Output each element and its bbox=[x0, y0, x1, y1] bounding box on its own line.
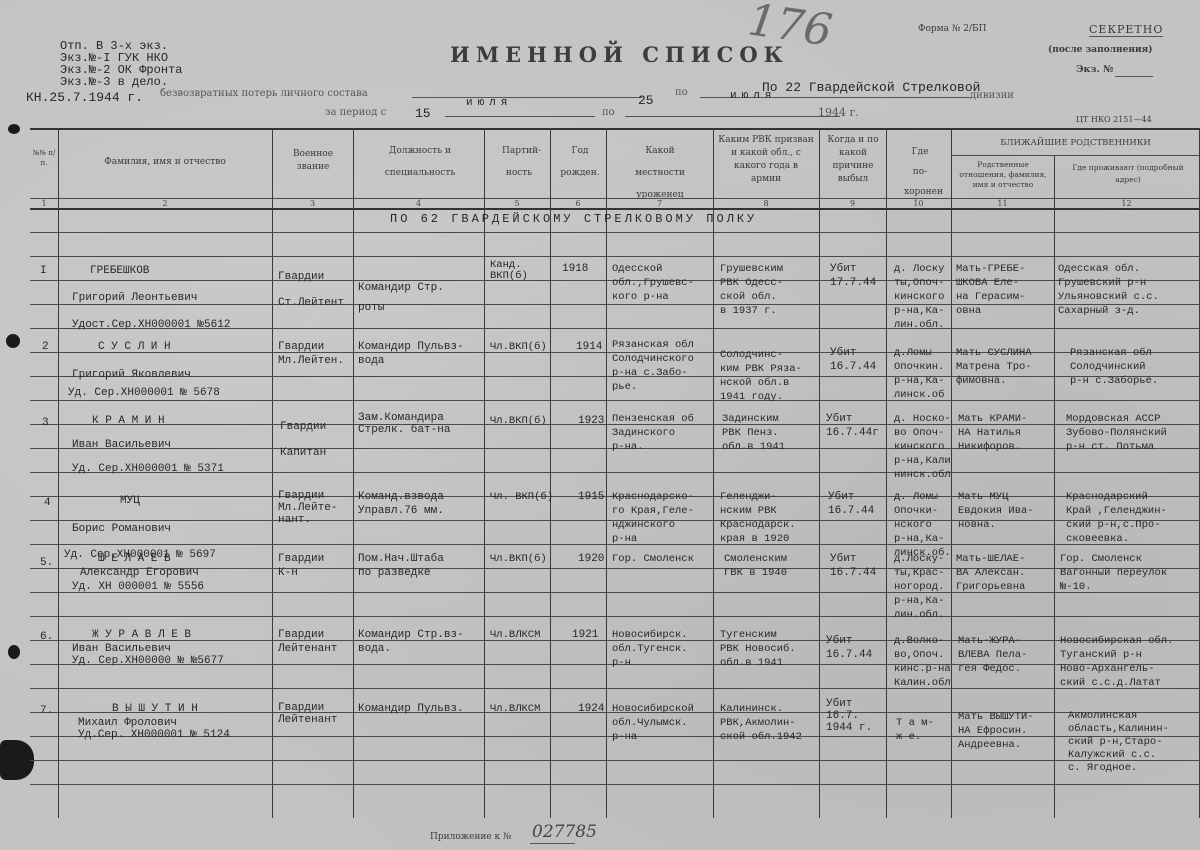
surname: С У С Л И Н bbox=[98, 340, 171, 354]
id-document: Уд. Сер.ХН000001 № 5678 bbox=[68, 386, 220, 400]
position: Командир Пульвз. bbox=[358, 702, 464, 716]
position: Зам.Командира Стрелк. бат-на bbox=[358, 412, 450, 436]
birthplace: Новосибирск. обл.Тугенск. р-н bbox=[612, 628, 688, 670]
secrecy-note: (после заполнения) bbox=[1048, 45, 1153, 55]
rank: Гвардии Лейтенант bbox=[278, 628, 337, 656]
birthplace: Одесской обл.,Грушевс- кого р-на bbox=[612, 262, 694, 304]
position: Командир Пульвз- вода bbox=[358, 340, 464, 368]
id-document: Уд. Сер.ХН00000 № №5677 bbox=[72, 654, 224, 668]
position: Командир Стр. роты bbox=[358, 278, 444, 318]
col-number: 5 bbox=[484, 199, 550, 208]
party: Чл.ВЛКСМ bbox=[490, 702, 540, 716]
position: Команд.взвода Управл.76 мм. bbox=[358, 490, 444, 518]
relative-address: Мордовская АССР Зубово-Полянский р-н ст.… bbox=[1066, 412, 1167, 454]
surname: К Р А М И Н bbox=[92, 414, 165, 428]
loss-date-reason: Убит 16.7.44 bbox=[828, 490, 874, 518]
conscription: Геленджи- нским РВК Краснодарск. края в … bbox=[720, 490, 796, 546]
col-header-address: Где проживают (подробный адрес) bbox=[1066, 162, 1190, 186]
birth-year: 1921 bbox=[572, 628, 598, 642]
burial-place: д.Ломы Опочкин. р-на,Ка- линск.об bbox=[894, 346, 944, 402]
period-from-day: 15 bbox=[415, 106, 431, 121]
surname: МУЦ bbox=[120, 494, 140, 508]
id-document: Уд. Сер.ХН000001 № 5371 bbox=[72, 462, 224, 476]
attachment-number-line bbox=[530, 843, 575, 844]
punch-hole-icon bbox=[6, 334, 20, 348]
col-number: 2 bbox=[58, 199, 272, 208]
id-document: Удост.Сер.ХН000001 №5612 bbox=[72, 318, 230, 332]
row-number: 3 bbox=[42, 416, 49, 430]
row-number: 2 bbox=[42, 340, 49, 354]
rank: Гвардии К-н bbox=[278, 552, 324, 580]
relative-address: Новосибирская обл. Туганский р-н Ново-Ар… bbox=[1060, 634, 1173, 690]
col-header-birth-year: Год рожден. bbox=[560, 140, 600, 184]
punch-hole-icon bbox=[8, 645, 20, 659]
loss-table: №№ п/п. Фамилия, имя и отчество Военное … bbox=[30, 128, 1200, 828]
loss-date-reason: Убит 16.7.44 bbox=[830, 552, 876, 580]
surname: Ш Е Л А Е В bbox=[98, 552, 171, 566]
form-number: Форма № 2/БП bbox=[918, 24, 986, 34]
birth-year: 1914 bbox=[576, 340, 602, 354]
burial-place: д.Лоску- ты,Крас- ногород. р-на,Ка- лин.… bbox=[894, 552, 944, 622]
document-title: ИМЕННОЙ СПИСОК bbox=[450, 42, 789, 67]
col-header-when: Когда и по какой причине выбыл bbox=[824, 134, 882, 186]
conscription: Грушевским РВК Одесс- ской обл. в 1937 г… bbox=[720, 262, 783, 318]
col-header-birthplace: Какой местности уроженец bbox=[620, 140, 700, 206]
id-document: Уд.Сер. ХН000001 № 5124 bbox=[78, 728, 230, 742]
dispatch-note: Отп. В 3-х экз. Экз.№-I ГУК НКО Экз.№-2 … bbox=[60, 40, 182, 88]
birth-year: 1924 bbox=[578, 702, 604, 716]
document-page: Отп. В 3-х экз. Экз.№-I ГУК НКО Экз.№-2 … bbox=[0, 0, 1200, 850]
loss-date-reason: Убит 16.7. 1944 г. bbox=[826, 698, 872, 734]
relative-address: Акмолинская область,Калинин- ский р-н,Ст… bbox=[1068, 710, 1169, 775]
unit-suffix: дивизии bbox=[970, 90, 1014, 101]
dispatch-line: Экз.№-3 в дело. bbox=[60, 76, 182, 88]
relative-address: Краснодарский Край ,Геленджин- ский р-н,… bbox=[1066, 490, 1167, 546]
col-number: 12 bbox=[1054, 199, 1199, 208]
row-number: I bbox=[40, 264, 47, 278]
loss-date-reason: Убит 16.7.44г bbox=[826, 412, 879, 440]
period-from-month: июля bbox=[466, 97, 512, 109]
col-header-relation: Родственные отношения, фамилия, имя и от… bbox=[955, 160, 1051, 190]
burial-place: д. Ломы Опочки- нского р-на,Ка- линск.об… bbox=[894, 490, 951, 560]
rank: Гвардии Мл.Лейте- нант. bbox=[278, 490, 337, 526]
surname: Ж У Р А В Л Е В bbox=[92, 628, 191, 642]
copy-label: Экз. № bbox=[1076, 64, 1113, 75]
col-number: 10 bbox=[886, 199, 951, 208]
birth-year: 1923 bbox=[578, 414, 604, 428]
party: Чл.ВКП(б) bbox=[490, 414, 547, 428]
conscription: Калининск. РВК,Акмолин- ской обл.1942 bbox=[720, 702, 802, 744]
burial-place: д. Носко- во Опоч- кинского р-на,Кали ни… bbox=[894, 412, 951, 482]
party: Чл.ВКП(б) bbox=[490, 552, 547, 566]
col-header-rank: Военное звание bbox=[288, 148, 338, 174]
period-to-line bbox=[625, 116, 840, 117]
section-label: ПО 62 ГВАРДЕЙСКОМУ СТРЕЛКОВОМУ ПОЛКУ bbox=[390, 212, 757, 226]
first-patronymic: Борис Романович bbox=[72, 522, 171, 536]
loss-date-reason: Убит 16.7.44 bbox=[830, 346, 876, 374]
col-number: 4 bbox=[353, 199, 484, 208]
burial-place: д.Волко- во,Опоч. кинс.р-на Калин.обл bbox=[894, 634, 951, 690]
first-patronymic: Александр Егорович bbox=[80, 566, 199, 580]
period-year: 1944 г. bbox=[818, 106, 859, 119]
burial-place: Т а м- ж е. bbox=[896, 716, 934, 744]
col-number: 8 bbox=[713, 199, 819, 208]
loss-date-reason: Убит 17.7.44 bbox=[830, 262, 876, 290]
col-number: 6 bbox=[550, 199, 606, 208]
position: Пом.Нач.Штаба по разведке bbox=[358, 552, 444, 580]
party: Канд. ВКП(б) bbox=[490, 260, 528, 282]
conscription: Тугенским РВК Новосиб. обл.в 1941 bbox=[720, 628, 796, 670]
col-number: 9 bbox=[819, 199, 886, 208]
party: Чл. ВКП(б) bbox=[490, 490, 553, 504]
col-header-number: №№ п/п. bbox=[30, 148, 58, 168]
attachment-label: Приложение к № bbox=[430, 832, 512, 842]
rank: Гвардии Мл.Лейтен. bbox=[278, 340, 344, 368]
row-number: 6. bbox=[40, 630, 53, 644]
birth-year: 1915 bbox=[578, 490, 604, 504]
conscription: Солодчинс- ким РВК Ряза- нской обл.в 194… bbox=[720, 348, 802, 404]
relative-address: Рязанская обл Солодчинский р-н с.Заборье… bbox=[1070, 346, 1158, 388]
col-header-buried: Где по-хоронен bbox=[904, 142, 936, 202]
period-to-label: по bbox=[602, 107, 615, 118]
col-number: 1 bbox=[30, 199, 58, 208]
rank: Гвардии Ст.Лейтент bbox=[278, 264, 344, 316]
birthplace: Рязанская обл Солодчинского р-на с.Забо-… bbox=[612, 338, 694, 394]
party: Чл.ВЛКСМ bbox=[490, 628, 540, 642]
punch-hole-icon bbox=[0, 740, 34, 780]
relative: Мать СУСЛИНА Матрена Тро- фимовна. bbox=[956, 346, 1032, 388]
unit-name: По 22 Гвардейской Стрелковой bbox=[762, 80, 980, 95]
subtitle-prefix: безвозвратных потерь личного состава bbox=[160, 88, 368, 99]
relative: Мать-ЖУРА- ВЛЕВА Пела- гея Федос. bbox=[958, 634, 1027, 676]
secrecy-label: СЕКРЕТНО bbox=[1089, 23, 1163, 37]
birth-year: 1920 bbox=[578, 552, 604, 566]
relative: Мать КРАМИ- НА Натилья Никифоров. bbox=[958, 412, 1027, 454]
party: Чл.ВКП(б) bbox=[490, 340, 547, 354]
rank: Гвардии Лейтенант bbox=[278, 702, 337, 726]
print-code: ЦТ НКО 2151—44 bbox=[1076, 115, 1152, 124]
relative: Мать ВЫШУТИ- НА Ефросин. Андреевна. bbox=[958, 710, 1034, 752]
period-from-line bbox=[445, 116, 595, 117]
id-document: Уд. ХН 000001 № 5556 bbox=[72, 580, 204, 594]
position: Командир Стр.вз- вода. bbox=[358, 628, 464, 656]
birthplace: Краснодарско- го Края,Геле- нджинского р… bbox=[612, 490, 694, 546]
relative-address: Гор. Смоленск Вагонный переулок №-10. bbox=[1060, 552, 1167, 594]
row-number: 7. bbox=[40, 704, 53, 718]
col-header-rvk: Каким РВК призван и какой обл., с какого… bbox=[718, 134, 814, 186]
first-patronymic: Иван Васильевич bbox=[72, 438, 171, 452]
birthplace: Пензенская об Задинского р-на. bbox=[612, 412, 694, 454]
first-patronymic: Григорий Яковлевич bbox=[72, 368, 191, 382]
row-number: 5. bbox=[40, 556, 53, 570]
relative: Мать МУЦ Евдокия Ива- новна. bbox=[958, 490, 1034, 532]
birthplace: Новосибирской обл.Чулымск. р-на bbox=[612, 702, 694, 744]
relative: Мать-ГРЕБЕ- ШКОВА Еле- на Герасим- овна bbox=[956, 262, 1025, 318]
period-to-month: июля bbox=[730, 90, 776, 102]
punch-hole-icon bbox=[8, 124, 20, 134]
subtitle-line bbox=[412, 97, 642, 98]
col-header-position: Должность и специальность bbox=[370, 140, 470, 184]
col-number: 7 bbox=[606, 199, 713, 208]
surname: В Ы Ш У Т И Н bbox=[112, 702, 198, 716]
dispatch-date: КН.25.7.1944 г. bbox=[26, 90, 143, 105]
relative: Мать-ШЕЛАЕ- ВА Алексан. Григорьевна bbox=[956, 552, 1025, 594]
period-to-day: 25 bbox=[638, 93, 654, 108]
attachment-number: 027785 bbox=[532, 822, 597, 842]
col-header-party: Партий-ность bbox=[502, 140, 536, 184]
unit-prefix: по bbox=[675, 87, 688, 98]
loss-date-reason: Убит 16.7.44 bbox=[826, 634, 872, 662]
col-number: 11 bbox=[951, 199, 1054, 208]
period-label: за период с bbox=[325, 107, 386, 118]
relative-address: Одесская обл. Грушевский р-н Ульяновский… bbox=[1058, 262, 1159, 318]
burial-place: д. Лоску ты,Опоч- кинского р-на,Ка- лин.… bbox=[894, 262, 944, 332]
col-header-relatives-group: БЛИЖАЙШИЕ РОДСТВЕННИКИ bbox=[951, 137, 1200, 150]
rank: Гвардии Капитан bbox=[280, 414, 326, 466]
col-number: 3 bbox=[272, 199, 353, 208]
conscription: Смоленским ГВК в 1940 bbox=[724, 552, 787, 580]
conscription: Задинским РВК Пенз. обл.в 1941 bbox=[722, 412, 785, 454]
col-header-name: Фамилия, имя и отчество bbox=[58, 156, 272, 169]
first-patronymic: Григорий Леонтьевич bbox=[72, 291, 197, 305]
birth-year: 1918 bbox=[562, 262, 588, 276]
surname: ГРЕБЕШКОВ bbox=[90, 264, 149, 278]
row-number: 4 bbox=[44, 496, 51, 510]
copy-number-field bbox=[1115, 76, 1153, 77]
birthplace: Гор. Смоленск bbox=[612, 552, 694, 566]
